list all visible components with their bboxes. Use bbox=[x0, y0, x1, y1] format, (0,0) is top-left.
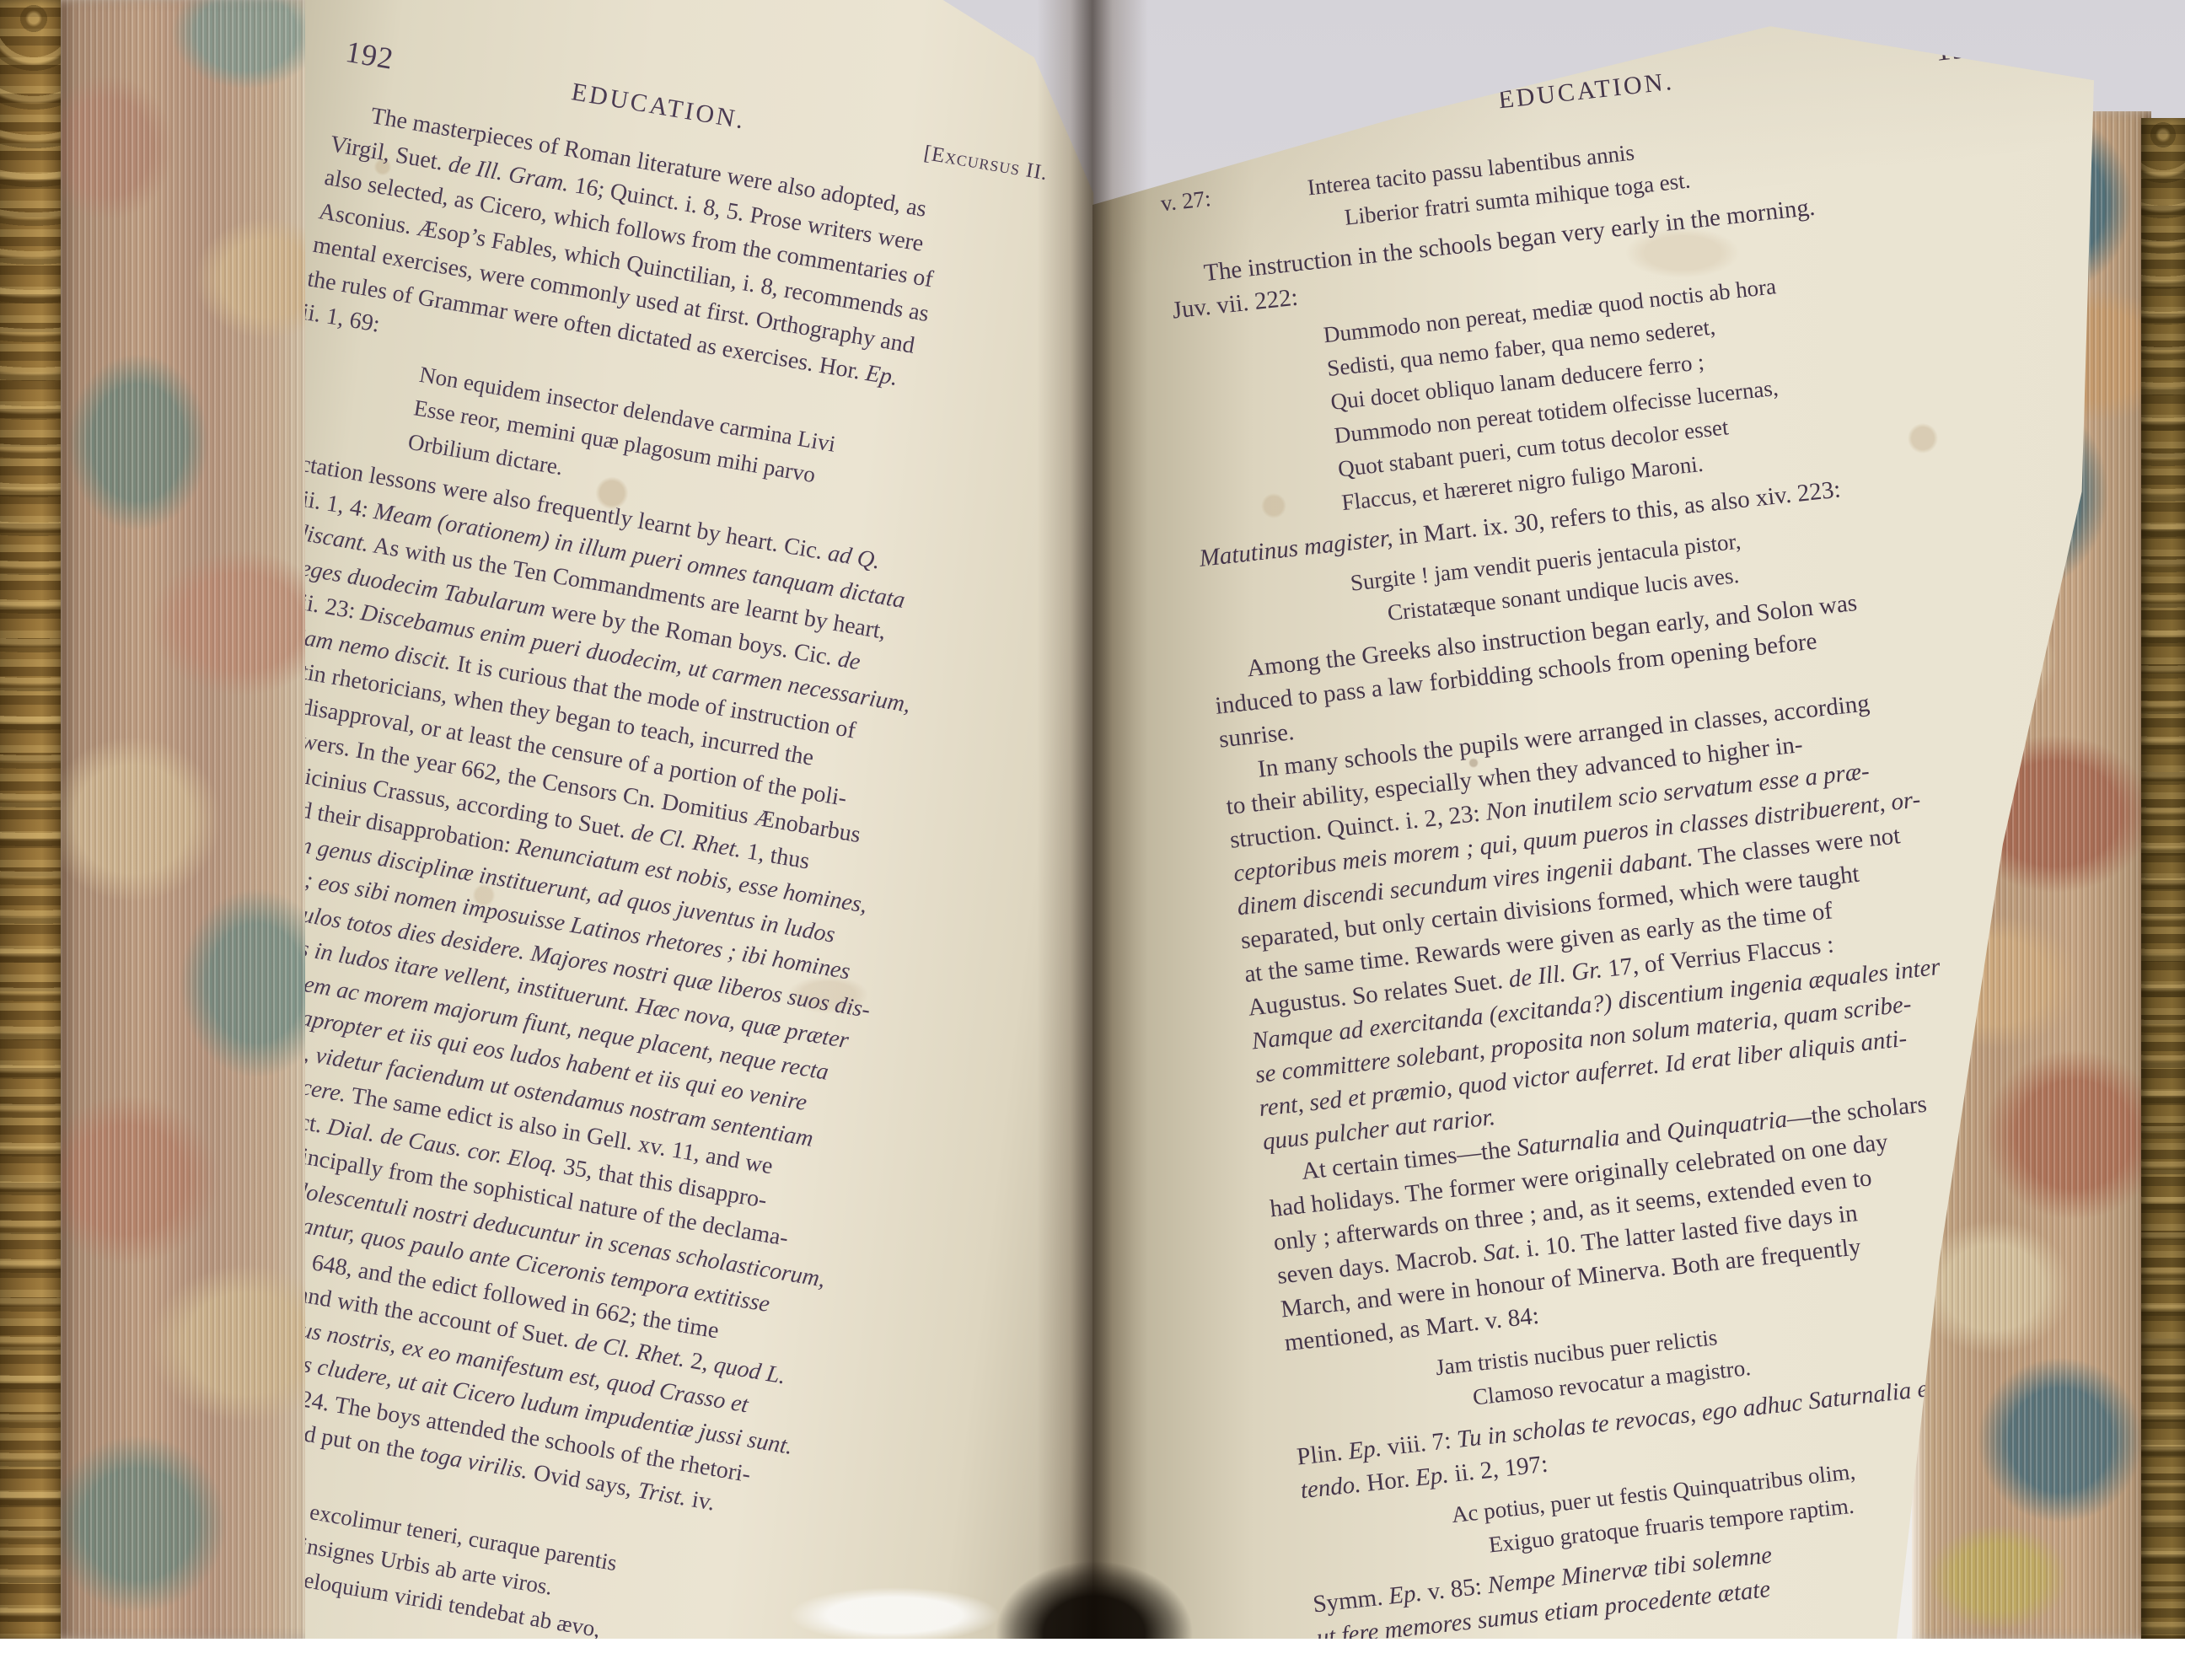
text-segment: Ep. bbox=[1347, 1435, 1383, 1465]
text-segment: and bbox=[1618, 1119, 1668, 1151]
right-cover-gilt-edge bbox=[2141, 118, 2185, 1639]
text-segment: 2, bbox=[683, 1347, 717, 1377]
page-number: 192 bbox=[343, 34, 396, 77]
backdrop-cloth-highlight bbox=[755, 1576, 1033, 1639]
text-segment: tendo. bbox=[1299, 1471, 1362, 1505]
left-page: 192 EDUCATION. [Excursus II. The masterp… bbox=[305, 0, 1098, 1639]
text-segment: v. 85: bbox=[1420, 1572, 1490, 1606]
left-marbled-fore-edge bbox=[61, 0, 319, 1639]
text-segment: Hor. bbox=[1359, 1465, 1416, 1498]
running-title: EDUCATION. bbox=[1497, 67, 1676, 115]
text-segment: Symm. bbox=[1312, 1583, 1390, 1618]
book-gutter-shadow bbox=[1037, 0, 1148, 1639]
page-number: 193 bbox=[1934, 28, 1985, 68]
running-title: EDUCATION. bbox=[569, 78, 748, 135]
text-segment: Ep. bbox=[1414, 1461, 1450, 1491]
text-segment: Plin. bbox=[1296, 1438, 1350, 1470]
text-segment: Sat. bbox=[1482, 1237, 1522, 1268]
text-segment: ii. 2, 197: bbox=[1447, 1451, 1549, 1489]
text-segment: v. 27: bbox=[1159, 171, 1309, 221]
text-segment: iv. bbox=[684, 1485, 717, 1516]
text-segment: Ep. bbox=[864, 360, 900, 391]
text-segment: viii. 7: bbox=[1380, 1426, 1458, 1462]
text-segment: ad Q. bbox=[826, 540, 883, 575]
text-segment: sunrise. bbox=[1217, 718, 1295, 753]
left-cover-gilt-edge bbox=[0, 0, 67, 1639]
margin-label: Scene I.] bbox=[1152, 119, 1238, 152]
margin-label: [Excursus II. bbox=[922, 142, 1050, 185]
text-segment: de bbox=[836, 646, 862, 675]
book-photo: 192 EDUCATION. [Excursus II. The masterp… bbox=[0, 0, 2185, 1639]
text-segment: Ep. bbox=[1388, 1580, 1424, 1610]
text-segment: Trist. bbox=[636, 1478, 689, 1511]
